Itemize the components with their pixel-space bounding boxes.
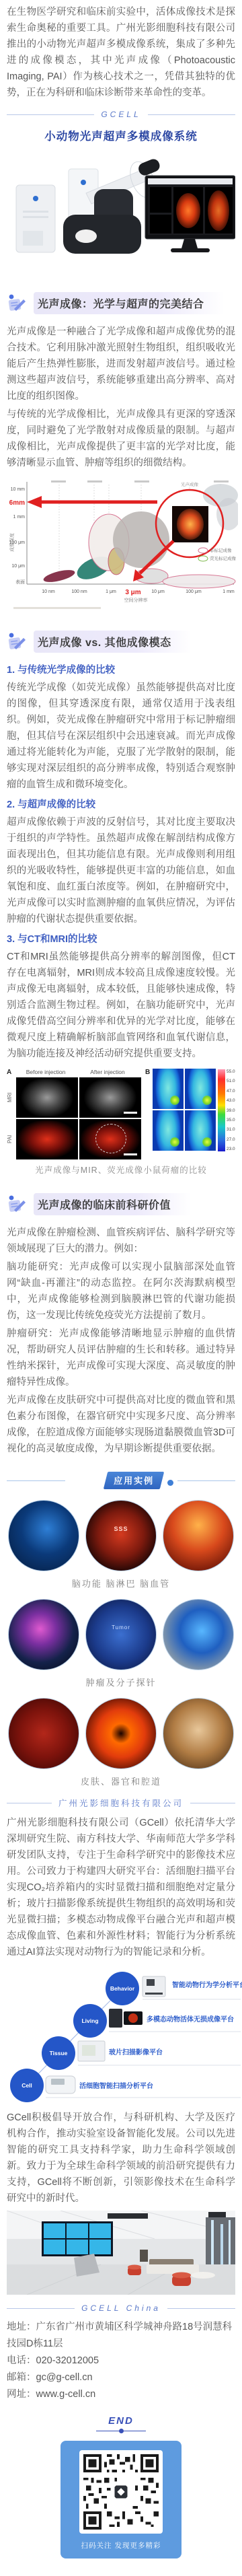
- subsection-1-text: 传统光学成像（如荧光成像）虽然能够提供高对比度的图像，但其穿透深度有限，通常仅适…: [7, 680, 235, 793]
- y-tick: 表面: [15, 579, 25, 585]
- y-tick: 1 mm: [13, 515, 26, 520]
- application-examples-divider: 应用实例: [7, 1472, 235, 1489]
- platform-circle-cell: Cell: [22, 2082, 32, 2089]
- panel-a-header: A Before injection After injection: [7, 1069, 141, 1076]
- colorbar-tick: 23.0: [227, 1147, 235, 1151]
- system-title: 小动物光声超声多模成像系统: [7, 127, 235, 143]
- colorbar: 55.0 51.0 47.0 43.0 39.0 35.0 31.0 27.0 …: [218, 1069, 235, 1151]
- badge-label: 应用实例: [114, 1474, 154, 1487]
- colorbar-tick: 35.0: [227, 1118, 235, 1122]
- gcell-china-label: GCELL China: [81, 2303, 161, 2313]
- qr-caption: 扫码关注 发现更多精彩: [70, 2540, 172, 2550]
- x-tick: 10 nm: [42, 589, 55, 594]
- application-examples-badge: 应用实例: [103, 1472, 163, 1489]
- company-divider-label: 广州光影细胞科技有限公司: [58, 1797, 184, 1809]
- note-pen-icon: [7, 1194, 27, 1215]
- colorbar-tick: 31.0: [227, 1127, 235, 1132]
- scale-bar: [124, 1153, 137, 1155]
- contact-website[interactable]: 网址：www.g-cell.cn: [7, 2386, 235, 2403]
- fluorescence-image: [185, 1110, 216, 1151]
- section1-paragraph-1: 光声成像是一种融合了光学成像和超声成像优势的混合技术。它利用脉冲激光照射生物组织…: [7, 324, 235, 404]
- section2-heading: 光声成像 vs. 其他成像模态: [7, 631, 235, 653]
- tumor-probe-image-3[interactable]: [163, 1599, 234, 1670]
- brain-lymph-image[interactable]: SSS: [85, 1500, 157, 1571]
- qr-code[interactable]: [83, 2454, 159, 2530]
- tumor-probe-image-1[interactable]: [8, 1599, 79, 1670]
- tumor-signal-spot: [170, 1137, 179, 1147]
- divider-line: [7, 2308, 75, 2309]
- colorbar-ticks: 55.0 51.0 47.0 43.0 39.0 35.0 31.0 27.0 …: [227, 1069, 235, 1151]
- colorbar-tick: 39.0: [227, 1108, 235, 1113]
- divider-line: [177, 1480, 236, 1481]
- contact-email[interactable]: 邮箱：gc@g-cell.cn: [7, 2369, 235, 2386]
- y-axis-label: 成像深度: [9, 533, 15, 552]
- platform-label-tissue: 玻片扫描影像平台: [109, 2048, 163, 2056]
- intro-paragraph: 在生物医学研究和临床前实验中，活体成像技术是探索生命奥秘的重要工具。广州光影细胞…: [7, 4, 235, 101]
- x-tick: 10 μm: [151, 589, 165, 594]
- four-platforms-diagram[interactable]: Behavior 智能动物行为学分析平台 Living 多模态动物活体无损成像平…: [7, 1964, 242, 2106]
- fluorescence-image: [153, 1069, 184, 1109]
- section-title-highlight: 光声成像：光学与超声的完美结合: [34, 292, 225, 314]
- tumor-label: Tumor: [86, 1624, 156, 1631]
- mri-after-image: [79, 1077, 141, 1118]
- colorbar-tick: 55.0: [227, 1069, 235, 1074]
- gallery-caption-brain: 脑功能 脑淋巴 脑血管: [7, 1577, 235, 1589]
- divider-line: [7, 1480, 65, 1481]
- panel-a-label: A: [7, 1069, 15, 1076]
- section1-title: 光声成像：光学与超声的完美结合: [38, 299, 204, 310]
- gallery-caption-tumor: 肿瘤及分子探针: [7, 1676, 235, 1688]
- column-before-injection: Before injection: [15, 1069, 77, 1076]
- subsection-3-text: CT和MRI虽然能够提供高分辨率的解剖图像，但CT存在电离辐射，MRI则成本较高…: [7, 949, 235, 1062]
- tumor-outline: [95, 1124, 126, 1153]
- gcell-china-divider: GCELL China: [7, 2303, 235, 2313]
- section1-heading: 光声成像：光学与超声的完美结合: [7, 292, 235, 314]
- mri-before-image: [16, 1077, 78, 1118]
- gcell-divider-label: GCELL: [101, 110, 140, 119]
- legend-fluorescent: 荧光标记成像: [210, 555, 237, 561]
- panel-b-grid: [153, 1069, 216, 1151]
- tumor-signal-spot: [202, 1096, 212, 1105]
- chart-pa-label: 光声成像: [181, 481, 199, 487]
- legend-unlabeled: 非标记成像: [210, 547, 232, 553]
- note-pen-icon: [7, 632, 27, 652]
- divider-line: [190, 1803, 235, 1803]
- section1-paragraph-2: 与传统的光学成像相比，光声成像具有更深的穿透深度，同时避免了光学散射对成像质量的…: [7, 406, 235, 471]
- office-showroom-photo[interactable]: [7, 2211, 235, 2295]
- panel-a: A Before injection After injection MRI P…: [7, 1069, 141, 1159]
- subsection-1-title: 1. 与传统光学成像的比较: [7, 662, 235, 679]
- brain-vessels-image[interactable]: [163, 1500, 234, 1571]
- colorbar-tick: 43.0: [227, 1098, 235, 1103]
- end-label: END: [7, 2415, 235, 2427]
- row-label-pai: PAI: [7, 1119, 15, 1159]
- company-outro-paragraph: GCell积极倡导开放合作，与科研机构、大学及医疗机构合作，推动实验室设备智能化…: [7, 2110, 235, 2207]
- pai-after-image: [79, 1119, 141, 1159]
- section2-title: 光声成像 vs. 其他成像模态: [38, 637, 171, 649]
- badge-dot: [167, 1480, 173, 1486]
- section3-paragraph-4: 光声成像在皮肤研究中可提供高对比度的微血管和黑色素分布图像，在器官研究中实现多尺…: [7, 1392, 235, 1457]
- company-about-paragraph: 广州光影细胞科技有限公司（GCell）依托清华大学深圳研究生院、南方科技大学、华…: [7, 1815, 235, 1960]
- gallery-row-tumor: Tumor: [8, 1599, 234, 1670]
- row-label-mri: MRI: [7, 1077, 15, 1118]
- divider-line: [7, 1803, 52, 1803]
- colorbar-tick: 27.0: [227, 1137, 235, 1142]
- section3-paragraph-2: 脑功能研究：光声成像可以实现小鼠脑部深处血管网“缺血-再灌注”的动态监控。在阿尔…: [7, 1259, 235, 1324]
- x-tick: 100 μm: [186, 589, 202, 594]
- scale-bar: [124, 1112, 137, 1114]
- subsection-3-title: 3. 与CT和MRI的比较: [7, 931, 235, 948]
- gallery-row-brain: SSS: [8, 1500, 234, 1571]
- cavity-vessels-image[interactable]: [163, 1698, 234, 1769]
- colorbar-tick: 51.0: [227, 1079, 235, 1083]
- end-divider-line: [96, 2431, 146, 2431]
- platform-circle-tissue: Tissue: [50, 2050, 68, 2056]
- gcell-divider: GCELL: [7, 110, 235, 119]
- platform-circle-behavior: Behavior: [110, 1985, 135, 1992]
- x-tick: 100 nm: [71, 589, 87, 594]
- y-tick: 10 μm: [11, 564, 25, 569]
- brain-function-image[interactable]: [8, 1500, 79, 1571]
- divider-line: [167, 2308, 235, 2309]
- end-divider-dot: [119, 2429, 124, 2433]
- section-title-highlight: 光声成像的临床前科研价值: [34, 1193, 191, 1215]
- subsection-2-text: 超声成像依赖于声波的反射信号，其对比度主要取决于组织的声学特性。虽然超声成像在解…: [7, 814, 235, 927]
- fluorescence-image: [153, 1110, 184, 1151]
- depth-resolution-chart[interactable]: 光声成像 10 mm 1 mm 100 μm 10 μm 表面 6mm 10 n…: [7, 475, 238, 613]
- divider-line: [7, 114, 94, 115]
- end-mark: END: [7, 2415, 235, 2431]
- platform-label-cell: 活细胞智能扫描分析平台: [79, 2081, 153, 2090]
- section3-heading: 光声成像的临床前科研价值: [7, 1193, 235, 1215]
- fluorescence-image: [185, 1069, 216, 1109]
- gallery-caption-skin-organ: 皮肤、器官和腔道: [7, 1775, 235, 1787]
- panel-b-label: B: [145, 1069, 151, 1159]
- subsection-2-title: 2. 与超声成像的比较: [7, 797, 235, 814]
- divider-line: [148, 114, 235, 115]
- hero-product-image[interactable]: [7, 150, 235, 275]
- y-tick: 10 mm: [11, 487, 26, 492]
- note-pen-icon: [7, 293, 27, 314]
- qr-code-box: [79, 2450, 163, 2534]
- x-axis-label: 空间分辨率: [124, 597, 148, 603]
- company-divider: 广州光影细胞科技有限公司: [7, 1797, 235, 1809]
- skin-vessels-image[interactable]: [8, 1698, 79, 1769]
- colorbar-gradient: [218, 1069, 225, 1151]
- panel-b: B 55.0 51.0 47.0 43.0 39.0 35.0: [145, 1069, 235, 1159]
- platform-label-behavior: 智能动物行为学分析平台: [172, 1980, 242, 1989]
- sss-label: SSS: [86, 1526, 156, 1532]
- contact-phone: 电话：020-32012005: [7, 2353, 235, 2369]
- x-tick: 1 mm: [223, 589, 235, 594]
- organ-vessels-image[interactable]: [85, 1698, 157, 1769]
- citation-line: [13, 607, 101, 609]
- platform-label-living: 多模态动物活体无损成像平台: [147, 2015, 234, 2024]
- pai-before-image: [16, 1119, 78, 1159]
- colorbar-tick: 47.0: [227, 1089, 235, 1094]
- mri-figure-caption: 光声成像与MIR、荧光成像小鼠荷瘤的比较: [7, 1164, 235, 1176]
- panel-a-grid: MRI PAI: [7, 1077, 141, 1159]
- depth-callout: 6mm: [9, 499, 25, 507]
- qr-follow-card: 扫码关注 发现更多精彩: [61, 2441, 182, 2559]
- section3-paragraph-3: 肿瘤研究：光声成像能够清晰地显示肿瘤的血供情况，帮助研究人员评估肿瘤的生长和转移…: [7, 1326, 235, 1390]
- column-after-injection: After injection: [77, 1069, 138, 1076]
- gallery-row-skin-organ: [8, 1698, 234, 1769]
- contact-address: 地址：广东省广州市黄埔区科学城神舟路18号润慧科技园D栋11层: [7, 2319, 235, 2353]
- tumor-signal-spot: [170, 1096, 179, 1105]
- tumor-signal-spot: [202, 1137, 212, 1147]
- section-title-highlight: 光声成像 vs. 其他成像模态: [34, 631, 192, 653]
- mri-pai-comparison-figure[interactable]: A Before injection After injection MRI P…: [7, 1069, 235, 1159]
- x-tick: 1 μm: [106, 589, 116, 594]
- section3-title: 光声成像的临床前科研价值: [38, 1200, 171, 1211]
- tumor-probe-image-2[interactable]: Tumor: [85, 1599, 157, 1670]
- article-page: 在生物医学研究和临床前实验中，活体成像技术是探索生命奥秘的重要工具。广州光影细胞…: [0, 0, 242, 2559]
- section3-paragraph-1: 光声成像在肿瘤检测、血管疾病评估、脑科学研究等领域展现了巨大的潜力。例如：: [7, 1225, 235, 1257]
- resolution-callout: 3 μm: [125, 589, 140, 596]
- platform-circle-living: Living: [81, 2017, 98, 2024]
